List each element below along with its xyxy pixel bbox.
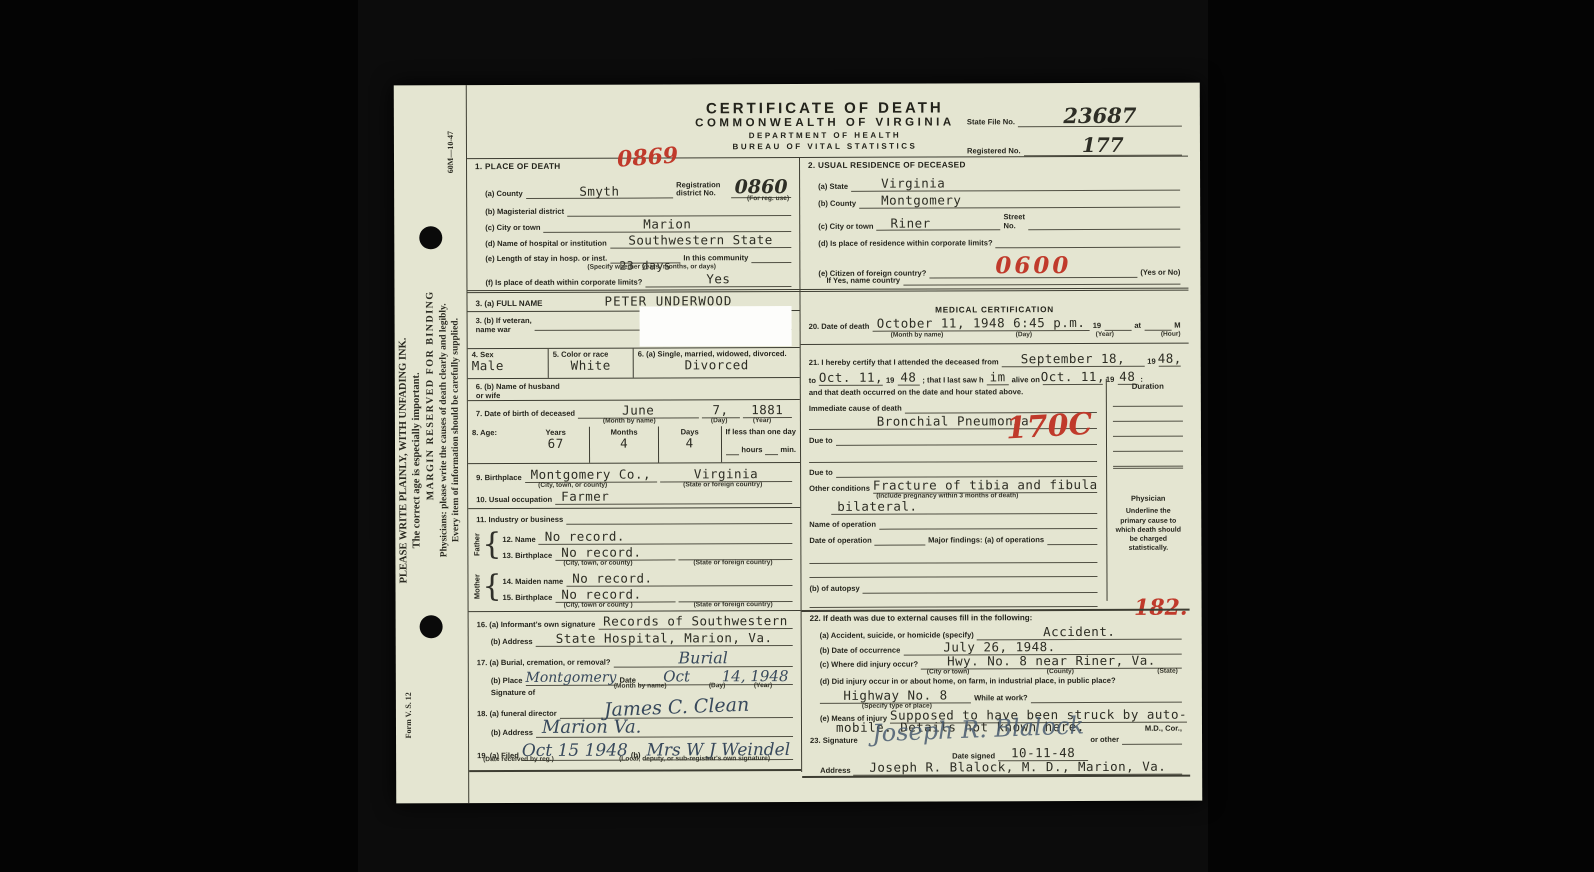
divider (468, 377, 800, 379)
father-name-label: 12. Name (502, 536, 535, 545)
burial-place-label: (b) Place (491, 677, 523, 686)
certify-alive-date: Oct. 11, (1041, 371, 1105, 384)
duration-line (1113, 422, 1183, 437)
injury-place-label-row: (d) Did injury occur in or about home, o… (820, 677, 1182, 687)
burial-value: Burial (678, 650, 728, 666)
father-note2: (State or foreign country) (693, 559, 772, 566)
medical-cert-heading: MEDICAL CERTIFICATION (809, 305, 1181, 315)
county-value: Smyth (579, 185, 619, 198)
birth-day-note: (Day) (711, 417, 728, 424)
other-conditions-label: Other conditions (809, 485, 870, 494)
less-than-day-cell: If less than one day hours min. (721, 426, 800, 462)
city-value: Marion (643, 218, 691, 231)
margin-print-code: 60M—10-47 (446, 121, 456, 183)
date-19-label: 19 (1093, 322, 1101, 331)
industry-row: 11. Industry or business (476, 512, 792, 525)
right-column: 2. USUAL RESIDENCE OF DECEASED (a) State… (800, 156, 1190, 772)
other-conditions-value2: bilateral. (837, 501, 917, 514)
city-town-row: (c) City or town Marion (485, 218, 791, 233)
dod-note4: (Hour) (1161, 331, 1181, 338)
due-to-1b-row (809, 450, 1097, 463)
divider (469, 769, 801, 772)
other-conditions-row: Other conditions Fracture of tibia and f… (809, 479, 1097, 494)
duration-label: Duration (1107, 383, 1189, 392)
certify-19b: 19 (886, 376, 894, 385)
blank-line-row (810, 595, 1098, 608)
informant-address-row: (b) Address State Hospital, Marion, Va. (491, 632, 793, 647)
mother-name-label: 14. Maiden name (502, 578, 563, 587)
state-file-row: State File No. 23687 (967, 105, 1182, 128)
injury-location-value: Hwy. No. 8 near Riner, Va. (947, 655, 1156, 668)
operation-name-row: Name of operation (809, 517, 1097, 530)
burial-row: 17. (a) Burial, cremation, or removal? B… (477, 650, 793, 668)
divider (467, 289, 799, 293)
injury-place-label: (d) Did injury occur in or about home, o… (820, 677, 1116, 687)
signature-label: 23. Signature (810, 737, 858, 746)
days-value: 4 (686, 437, 694, 450)
min-label: min. (780, 446, 796, 455)
mother-note2: (State or foreign country) (694, 601, 773, 608)
due-to-2-label: Due to (809, 469, 833, 478)
residence-city-label: (c) City or town (818, 222, 873, 231)
mother-note1: (City, town or county ) (564, 602, 633, 609)
divider (801, 343, 1189, 345)
hours-label: hours (741, 446, 762, 455)
father-brace: { (482, 531, 501, 558)
scan-background: PLEASE WRITE PLAINLY, WITH UNFADING INK.… (0, 0, 1594, 872)
sex-race-marital-row: 4. Sex Male 5. Color or race White 6. (a… (468, 348, 800, 378)
divider (802, 609, 1190, 612)
external-causes-heading: 22. If death was due to external causes … (810, 613, 1182, 623)
corporate-limits-value: Yes (706, 273, 730, 286)
industry-label: 11. Industry or business (476, 516, 563, 525)
margin-binding-note: MARGIN RESERVED FOR BINDING (424, 245, 438, 545)
left-column: 1. PLACE OF DEATH 0869 (a) County Smyth … (467, 157, 802, 773)
red-code-0869: 0869 (616, 144, 679, 170)
residence-state-value: Virginia (881, 177, 945, 190)
race-value: White (553, 359, 629, 372)
major-findings-label: Major findings: (a) of operations (928, 536, 1044, 545)
dod-note3: (Year) (1096, 331, 1114, 338)
filed-note: (Date received by reg.) (483, 756, 554, 763)
birth-year: 1881 (751, 404, 783, 417)
birth-day: 7, (712, 404, 728, 417)
certify-line1: 21. I hereby certify that I attended the… (809, 353, 1181, 368)
county-row: (a) County Smyth Registration district N… (485, 178, 791, 199)
birthplace-note2: (State or foreign country) (683, 481, 762, 488)
operation-name-label: Name of operation (809, 521, 876, 530)
occupation-row: 10. Usual occupation Farmer (476, 490, 792, 505)
mother-name-value: No record. (572, 573, 652, 586)
mother-group: Mother { (472, 573, 501, 600)
date-of-death-label: 20. Date of death (809, 323, 870, 332)
occurrence-date-value: July 26, 1948. (943, 641, 1055, 654)
state-file-label: State File No. (967, 119, 1015, 128)
other-conditions-value1: Fracture of tibia and fibula (873, 479, 1098, 492)
mother-side-label: Mother (472, 574, 481, 599)
informant-address-value: State Hospital, Marion, Va. (556, 632, 773, 645)
residence-city-value: Riner (890, 217, 930, 230)
duration-line (1113, 437, 1183, 452)
birth-month-note: (Month by name) (603, 417, 656, 424)
registered-no-row: Registered No. 177 (967, 135, 1182, 157)
street-no-label: Street No. (1003, 213, 1025, 231)
stay-note: (Specify whether years, months, or days) (587, 263, 716, 270)
blank-line-row (809, 565, 1097, 578)
burial-date-month: Oct (663, 669, 690, 684)
stay-label: (e) Length of stay in hosp. or inst. (485, 254, 607, 263)
mother-birthplace-value: No record. (561, 589, 641, 602)
injury-location-label: (c) Where did injury occur? (820, 660, 918, 669)
due-to-1-row: Due to (809, 433, 1097, 446)
hospital-row: (d) Name of hospital or institution Sout… (485, 234, 791, 249)
dod-note1: (Month by name) (891, 331, 944, 338)
spouse-label: 6. (b) Name of husband or wife (476, 383, 560, 401)
dod-note2: (Day) (1016, 331, 1033, 338)
margin-form-number: Form V. S. 12 (404, 680, 414, 750)
father-group: Father { (472, 531, 501, 558)
birth-month: June (622, 405, 654, 418)
burial-place-value: Montgomery (525, 671, 616, 685)
injury-location-row: (c) Where did injury occur? Hwy. No. 8 n… (820, 655, 1182, 670)
hospital-value: Southwestern State (628, 234, 773, 247)
funeral-address-value: Marion Va. (542, 719, 642, 737)
mother-birthplace-label: 15. Birthplace (503, 594, 553, 603)
residence-county-row: (b) County Montgomery (818, 194, 1180, 209)
operation-date-label: Date of operation (809, 537, 871, 546)
informant-label: 16. (a) Informant's own signature (477, 620, 596, 629)
mother-name-row: 14. Maiden name No record. (502, 572, 792, 587)
burial-note2: (Day) (709, 682, 726, 689)
injury-place-value-row: Highway No. 8 While at work? (820, 689, 1182, 704)
residence-limits-row: (d) Is place of residence within corpora… (818, 236, 1180, 249)
county-label: (a) County (485, 190, 523, 199)
father-birthplace-value: No record. (561, 547, 641, 560)
name-country-label: If Yes, name country (826, 277, 900, 286)
name-country-row: If Yes, name country (826, 273, 1180, 286)
certify-l1-label: 21. I hereby certify that I attended the… (809, 358, 999, 367)
certify-him: im (990, 371, 1006, 384)
autopsy-row: (b) of autopsy (809, 581, 1097, 594)
certify-to-date: Oct. 11, (819, 372, 883, 385)
age-years-cell: Years 67 (522, 427, 591, 463)
magisterial-district-row: (b) Magisterial district (485, 204, 791, 217)
duration-line (1113, 407, 1183, 422)
duration-line (1113, 392, 1183, 407)
birthplace-place: Montgomery Co., (531, 469, 651, 482)
medical-cert-title: MEDICAL CERTIFICATION (935, 305, 1054, 314)
father-name-value: No record. (545, 531, 625, 544)
birth-year-note: (Year) (753, 417, 771, 424)
underline-note: Underline the primary cause to which dea… (1112, 507, 1184, 553)
margin-outer-note: PLEASE WRITE PLAINLY, WITH UNFADING INK.… (396, 180, 424, 740)
funeral-address-row: (b) Address Marion Va. (491, 718, 793, 738)
injury-note1: (City or town) (927, 668, 970, 675)
birth-date-row: 7. Date of birth of deceased June 7, 188… (476, 404, 792, 419)
registration-district-label: Registration district No. (676, 181, 728, 199)
physician-address-label: Address (820, 767, 850, 776)
magisterial-label: (b) Magisterial district (485, 208, 564, 217)
burial-note3: (Year) (754, 682, 772, 689)
margin-inner-note: Every item of information should be care… (438, 165, 464, 695)
external-causes-title: 22. If death was due to external causes … (810, 613, 1033, 623)
birthplace-label: 9. Birthplace (476, 474, 522, 483)
date-of-death-row: 20. Date of death October 11, 1948 6:45 … (809, 317, 1181, 332)
informant-address-label: (b) Address (491, 638, 533, 647)
certify-lastsaw-label: ; that I last saw h (922, 376, 983, 385)
date-signed-value: 10-11-48 (1011, 747, 1075, 760)
birthplace-state: Virginia (694, 468, 758, 481)
physician-address-value: Joseph R. Blalock, M. D., Marion, Va. (869, 761, 1166, 775)
injury-place-value: Highway No. 8 (843, 689, 947, 702)
signature-of-label: Signature of (491, 689, 535, 698)
physician-address-row: Address Joseph R. Blalock, M. D., Marion… (820, 761, 1182, 776)
birth-date-label: 7. Date of birth of deceased (476, 410, 575, 419)
blank-line-row (809, 551, 1097, 564)
burial-note1: (Month by name) (614, 682, 667, 689)
length-of-stay-row: (e) Length of stay in hosp. or inst. 23 … (485, 250, 791, 264)
marital-cell: 6. (a) Single, married, widowed, divorce… (634, 348, 800, 378)
age-label-cell: 8. Age: (468, 427, 522, 463)
autopsy-label: (b) of autopsy (809, 585, 859, 594)
residence-county-label: (b) County (818, 200, 856, 209)
while-at-work-label: While at work? (974, 694, 1028, 703)
less-than-day-label: If less than one day (725, 428, 796, 437)
binding-margin: PLEASE WRITE PLAINLY, WITH UNFADING INK.… (394, 85, 469, 803)
marital-value: Divorced (638, 359, 796, 372)
corporate-limits-label: (f) Is place of death within corporate l… (485, 278, 642, 287)
age-days-cell: Days 4 (659, 426, 722, 462)
funeral-address-label: (b) Address (491, 729, 533, 738)
or-other-label: or other (1090, 736, 1119, 745)
residence-heading: 2. USUAL RESIDENCE OF DECEASED (808, 160, 1180, 170)
father-side-label: Father (472, 533, 481, 556)
city-label: (c) City or town (485, 224, 540, 233)
reg-use-note: (For reg. use) (747, 195, 789, 202)
occupation-value: Farmer (561, 491, 609, 504)
hospital-label: (d) Name of hospital or institution (485, 239, 607, 248)
informant-row: 16. (a) Informant's own signature Record… (477, 615, 793, 630)
race-cell: 5. Color or race White (549, 349, 634, 378)
divider (469, 610, 801, 612)
date-at-label: at (1134, 322, 1141, 331)
injury-note2: (County) (1047, 668, 1074, 675)
divider (800, 288, 1188, 292)
immediate-cause-label: Immediate cause of death (809, 405, 902, 414)
certify-l3-label: and that death occurred on the date and … (809, 388, 1023, 397)
certify-19a: 19 (1147, 358, 1155, 367)
due-to-1-label: Due to (809, 437, 833, 446)
father-note1: (City, town, or county) (563, 560, 632, 567)
informant-value: Records of Southwestern (603, 615, 788, 628)
years-value: 67 (548, 438, 564, 451)
community-label: In this community (683, 254, 748, 263)
occupation-label: 10. Usual occupation (476, 496, 552, 505)
age-box: 8. Age: Years 67 Months 4 Days 4 If less… (468, 426, 800, 464)
registered-no-value: 177 (1082, 135, 1124, 155)
injury-note3: (State) (1157, 668, 1178, 675)
accident-value: Accident. (1043, 626, 1115, 639)
section2-title: 2. USUAL RESIDENCE OF DECEASED (808, 160, 966, 170)
duration-sidebar: Duration Physician Underline the primary… (1106, 379, 1190, 601)
residence-limits-label: (d) Is place of residence within corpora… (818, 240, 992, 249)
mother-brace: { (482, 573, 501, 600)
veteran-label: 3. (b) If veteran, name war (476, 317, 532, 335)
sex-cell: 4. Sex Male (468, 349, 549, 378)
residence-state-label: (a) State (818, 183, 848, 192)
residence-county-value: Montgomery (881, 194, 961, 207)
age-months-cell: Months 4 (590, 426, 659, 462)
spouse-row: 6. (b) Name of husband or wife (476, 382, 792, 401)
father-birthplace-label: 13. Birthplace (502, 552, 552, 561)
duration-line (1113, 452, 1183, 469)
divider (802, 775, 1190, 778)
full-name-label: 3. (a) FULL NAME (475, 299, 542, 308)
accident-row: (a) Accident, suicide, or homicide (spec… (820, 626, 1182, 641)
certify-yr-b: 48 (900, 372, 916, 385)
certify-from-date: September 18, (1021, 353, 1125, 366)
residence-state-row: (a) State Virginia (818, 177, 1180, 192)
certificate-paper: PLEASE WRITE PLAINLY, WITH UNFADING INK.… (394, 83, 1203, 804)
redaction-box (640, 306, 792, 347)
occurrence-date-label: (b) Date of occurrence (820, 646, 901, 655)
certify-to-label: to (809, 377, 816, 386)
corporate-limits-row: (f) Is place of death within corporate l… (485, 273, 791, 288)
certify-yr-a: 48, (1158, 353, 1182, 366)
registered-no-label: Registered No. (967, 148, 1021, 157)
date-of-death-value: October 11, 1948 6:45 p.m. (877, 317, 1086, 330)
residence-city-row: (c) City or town Riner Street No. (818, 213, 1180, 232)
date-m-label: M (1174, 321, 1180, 330)
other-conditions-row2: bilateral. (831, 500, 1097, 514)
age-label: 8. Age: (472, 429, 518, 438)
certificate-form: CERTIFICATE OF DEATH COMMONWEALTH OF VIR… (466, 83, 1191, 804)
certify-aliveon-label: alive on (1012, 376, 1040, 385)
section1-title: 1. PLACE OF DEATH (475, 162, 560, 171)
months-value: 4 (620, 437, 628, 450)
divider (468, 399, 800, 401)
father-name-row: 12. Name No record. (502, 530, 792, 545)
operation-date-row: Date of operation Major findings: (a) of… (809, 533, 1097, 546)
registrar-note: (Local, deputy, or sub-registrar's own s… (619, 755, 770, 763)
state-file-value: 23687 (1063, 105, 1136, 126)
divider (468, 507, 800, 509)
physician-label: Physician (1107, 495, 1189, 504)
due-to-2-row: Due to (809, 465, 1097, 478)
sex-value: Male (472, 360, 544, 373)
burial-label: 17. (a) Burial, cremation, or removal? (477, 659, 611, 668)
